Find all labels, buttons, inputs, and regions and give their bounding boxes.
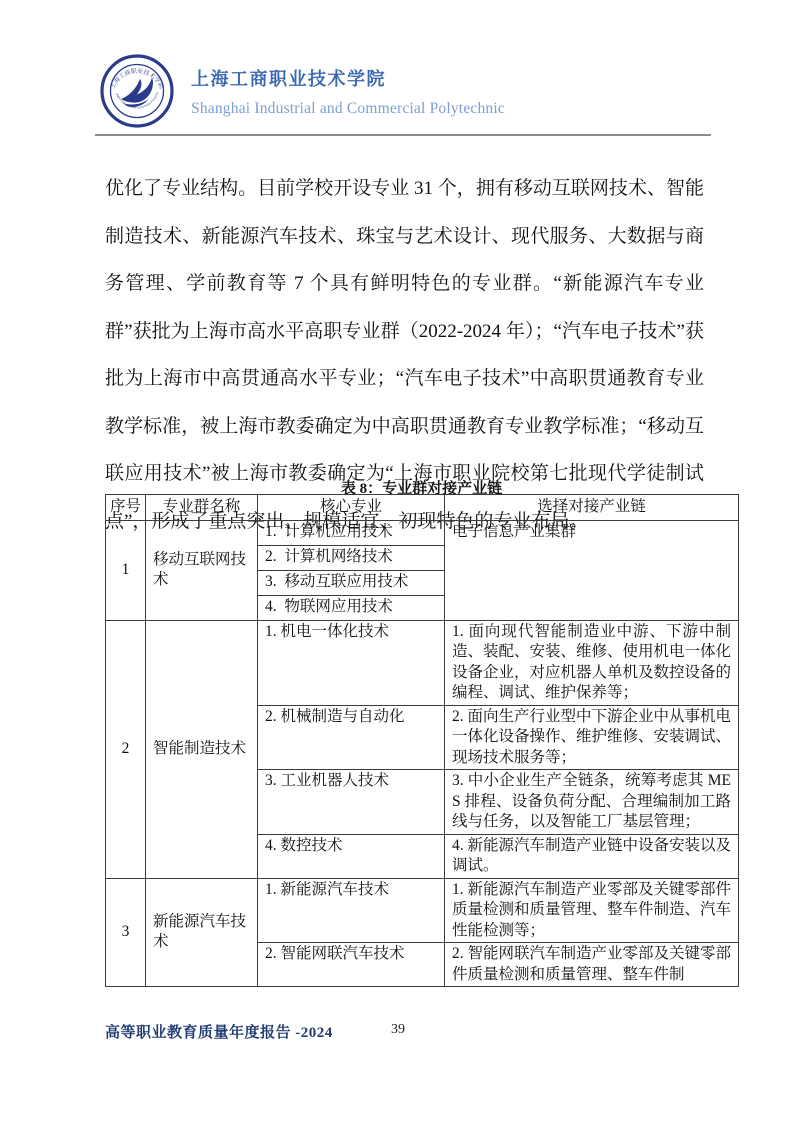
table-row: 1 移动互联网技术 1. 计算机应用技术 电子信息产业集群: [106, 520, 739, 545]
group1-major-4: 4. 物联网应用技术: [258, 595, 445, 620]
group3-index: 3: [106, 878, 146, 987]
document-page: 上海工商职业技术学院 Shanghai Industrial and Comme…: [0, 0, 793, 1122]
group2-chain-4: 4. 新能源汽车制造产业链中设备安装以及调试。: [445, 834, 739, 878]
table-row: 3 新能源汽车技术 1. 新能源汽车技术 1. 新能源汽车制造产业零部及关键零部…: [106, 878, 739, 943]
group2-chain-1: 1. 面向现代智能制造业中游、下游中制造、装配、安装、维修、使用机电一体化设备企…: [445, 620, 739, 705]
col-header-industry-chain: 选择对接产业链: [445, 495, 739, 521]
group1-chain: 电子信息产业集群: [445, 520, 739, 620]
col-header-group-name: 专业群名称: [146, 495, 258, 521]
group2-chain-2: 2. 面向生产行业型中下游企业中从事机电一体化设备操作、维护维修、安装调试、现场…: [445, 705, 739, 770]
group1-major-3: 3. 移动互联应用技术: [258, 570, 445, 595]
group1-major-1: 1. 计算机应用技术: [258, 520, 445, 545]
school-name-zh: 上海工商职业技术学院: [191, 65, 505, 91]
footer-page-number: 39: [391, 1022, 405, 1038]
header-divider: [95, 134, 711, 136]
col-header-core-majors: 核心专业: [258, 495, 445, 521]
table-header-row: 序号 专业群名称 核心专业 选择对接产业链: [106, 495, 739, 521]
group3-major-1: 1. 新能源汽车技术: [258, 878, 445, 943]
group2-major-1: 1. 机电一体化技术: [258, 620, 445, 705]
footer-report-title: 高等职业教育质量年度报告 -2024: [105, 1021, 333, 1042]
group2-chain-3: 3. 中小企业生产全链条，统筹考虑其 MES 排程、设备负荷分配、合理编制加工路…: [445, 770, 739, 835]
group1-major-2: 2. 计算机网络技术: [258, 545, 445, 570]
col-header-index: 序号: [106, 495, 146, 521]
group2-major-4: 4. 数控技术: [258, 834, 445, 878]
table-row: 2 智能制造技术 1. 机电一体化技术 1. 面向现代智能制造业中游、下游中制造…: [106, 620, 739, 705]
group3-name: 新能源汽车技术: [146, 878, 258, 987]
school-name-en: Shanghai Industrial and Commercial Polyt…: [191, 100, 505, 118]
group3-chain-1: 1. 新能源汽车制造产业零部及关键零部件质量检测和质量管理、整车件制造、汽车性能…: [445, 878, 739, 943]
group1-index: 1: [106, 520, 146, 620]
group2-major-3: 3. 工业机器人技术: [258, 770, 445, 835]
group2-name: 智能制造技术: [146, 620, 258, 878]
group3-major-2: 2. 智能网联汽车技术: [258, 943, 445, 987]
majors-industry-table: 序号 专业群名称 核心专业 选择对接产业链 1 移动互联网技术 1. 计算机应用…: [105, 494, 739, 987]
group2-major-2: 2. 机械制造与自动化: [258, 705, 445, 770]
page-header: 上海工商职业技术学院 Shanghai Industrial and Comme…: [100, 54, 505, 128]
header-titles: 上海工商职业技术学院 Shanghai Industrial and Comme…: [191, 65, 505, 118]
group2-index: 2: [106, 620, 146, 878]
group3-chain-2: 2. 智能网联汽车制造产业零部及关键零部件质量检测和质量管理、整车件制: [445, 943, 739, 987]
school-logo-icon: 上海工商职业技术学院 Shanghai Industrial and Comme…: [100, 54, 174, 128]
group1-name: 移动互联网技术: [146, 520, 258, 620]
